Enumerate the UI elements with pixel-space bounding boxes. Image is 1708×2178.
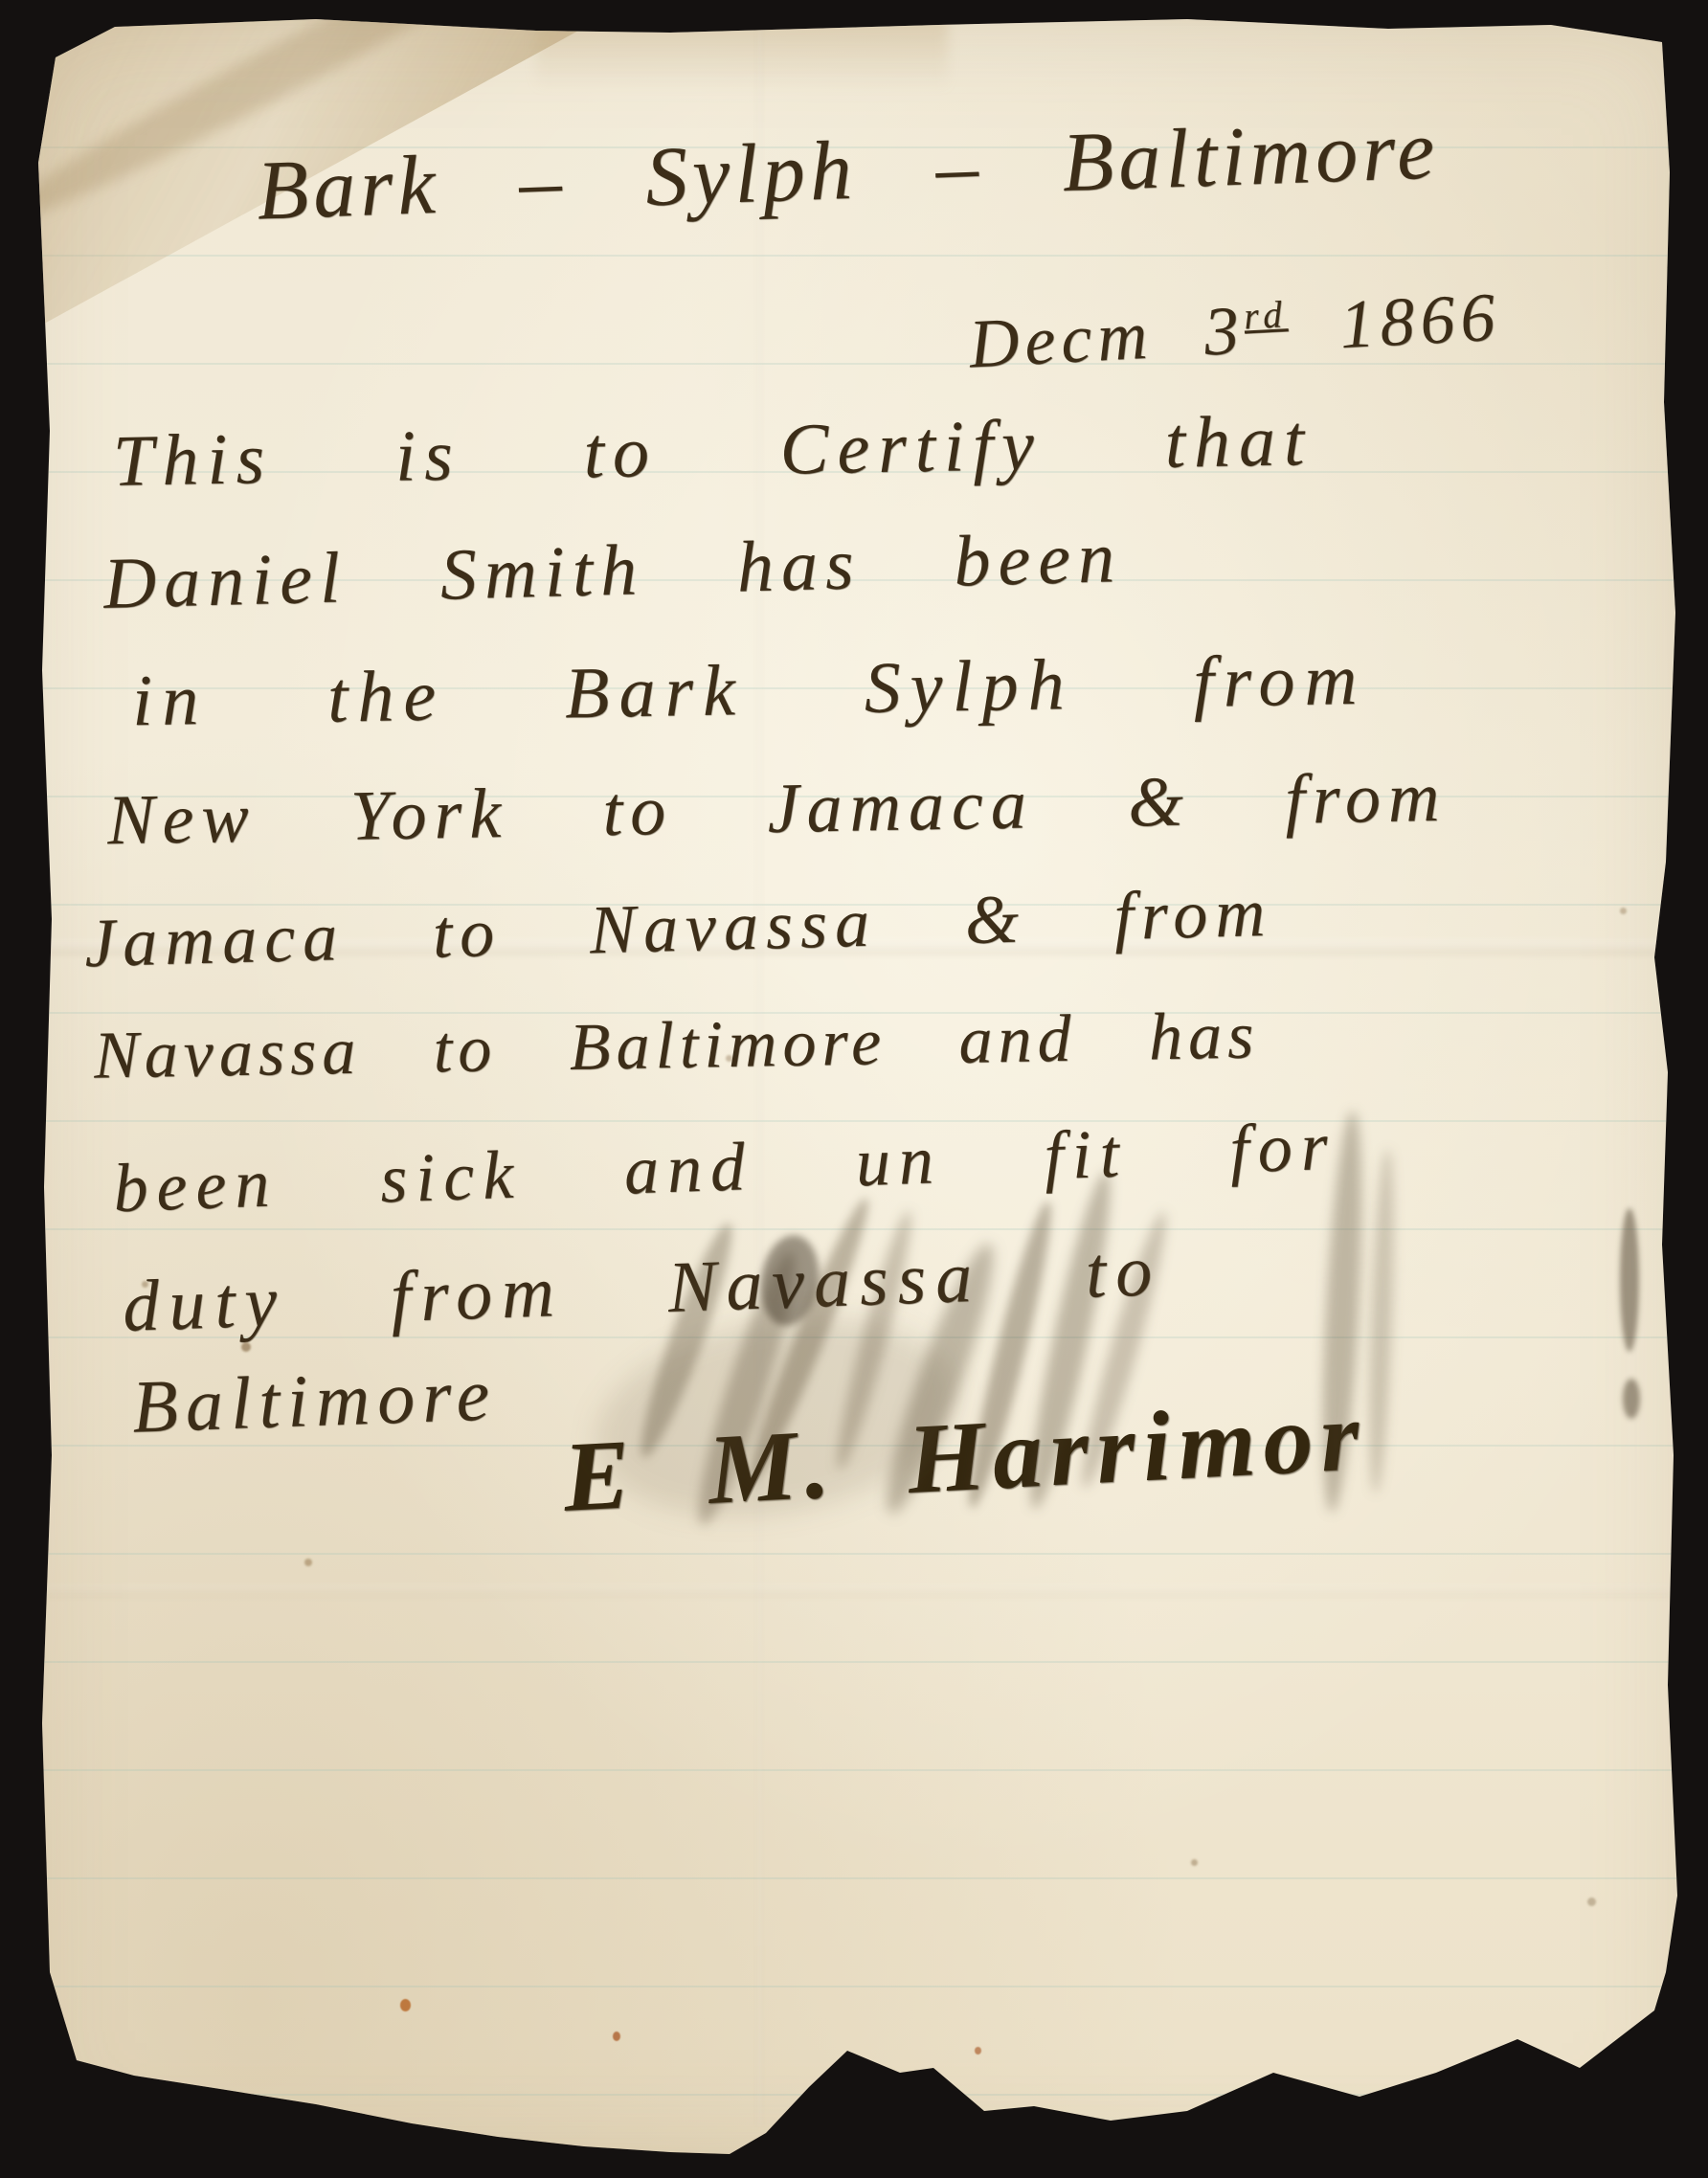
ink-smudge xyxy=(1620,1208,1639,1352)
fox-spot xyxy=(1620,908,1627,914)
fox-spot xyxy=(1587,1897,1596,1906)
photo-background: Bark – Sylph – Baltimore Decm 3rd 1866 T… xyxy=(0,0,1708,2178)
fox-spot xyxy=(400,1999,411,2011)
ink-smudge xyxy=(1623,1379,1640,1419)
fox-spot xyxy=(726,1055,732,1062)
date-year: 1866 xyxy=(1286,279,1502,367)
date-prefix: Decm 3 xyxy=(967,292,1247,383)
letter-line-9: Baltimore xyxy=(131,1351,499,1449)
fox-spot xyxy=(613,2032,620,2041)
letter-paper: Bark – Sylph – Baltimore Decm 3rd 1866 T… xyxy=(0,0,1708,2178)
stain-top-edge xyxy=(536,13,948,90)
fox-spot xyxy=(241,1342,251,1352)
horizontal-crease xyxy=(44,1584,1672,1598)
date-ordinal: rd xyxy=(1243,293,1289,337)
fox-spot xyxy=(142,1281,148,1288)
fox-spot xyxy=(1191,1859,1198,1866)
fox-spot xyxy=(975,2047,981,2055)
fox-spot xyxy=(304,1559,312,1566)
